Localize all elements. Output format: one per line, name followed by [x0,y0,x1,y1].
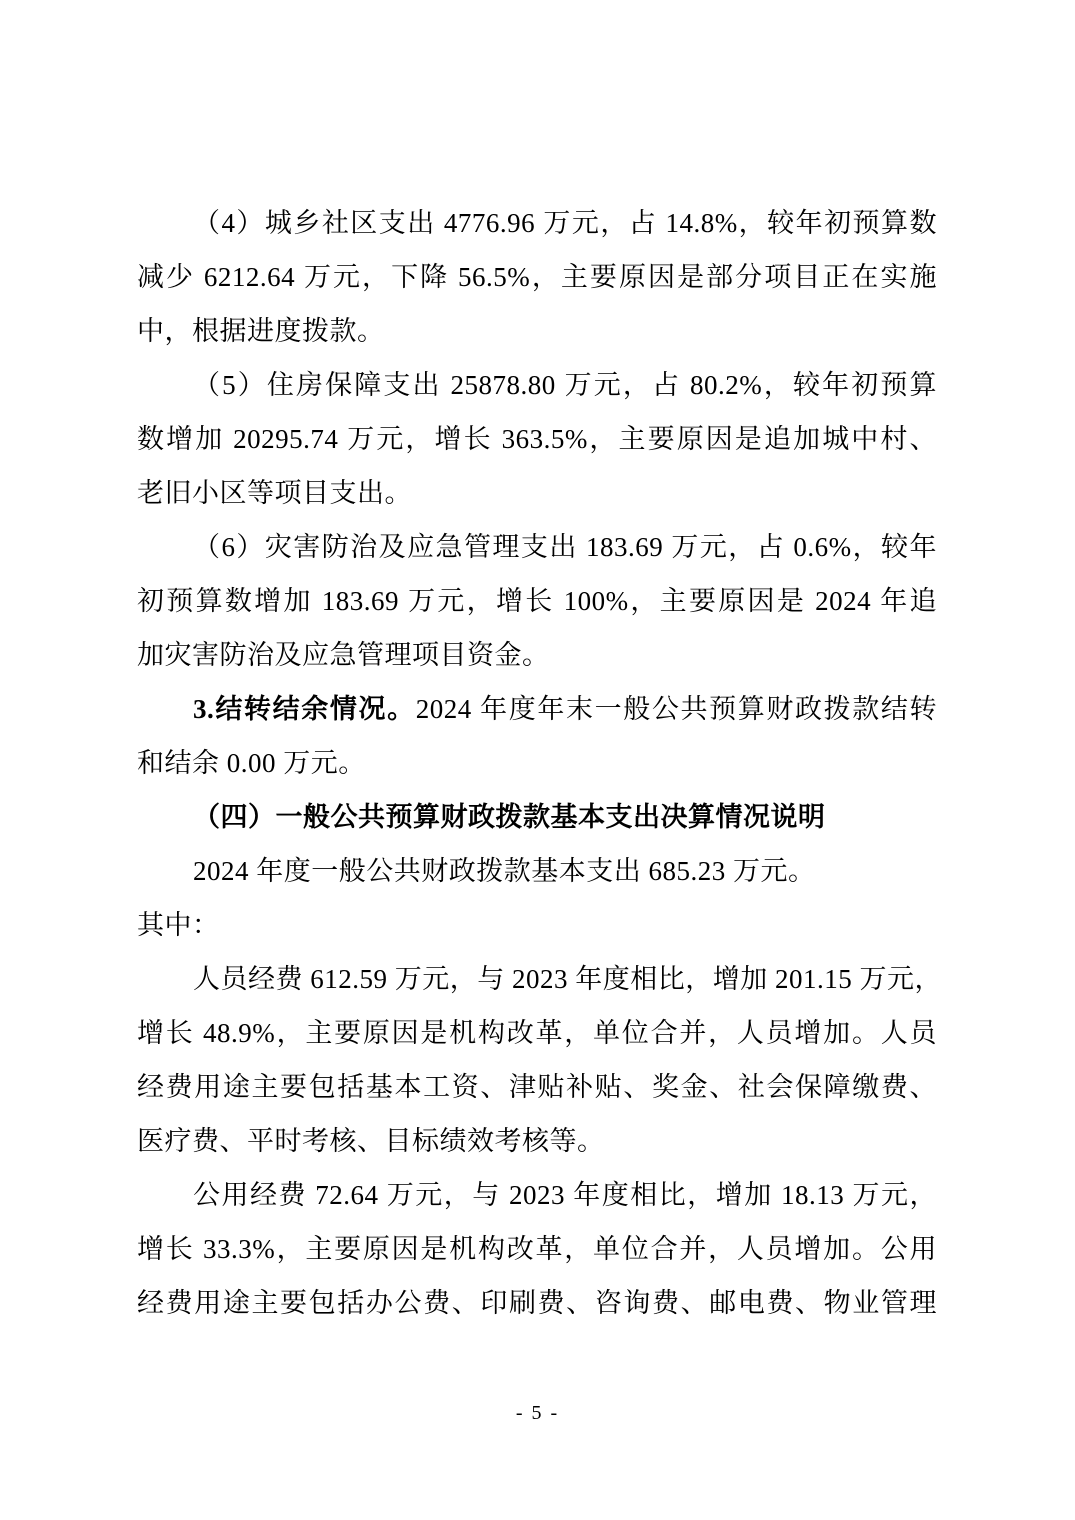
text-line: 和结余 0.00 万元。 [137,736,937,790]
text-run: （6）灾害防治及应急管理支出 183.69 万元，占 0.6%，较年 [193,532,937,562]
text-line: 中，根据进度拨款。 [137,304,937,358]
bold-text-run: （四）一般公共预算财政拨款基本支出决算情况说明 [193,802,826,832]
document-page: （4）城乡社区支出 4776.96 万元，占 14.8%，较年初预算数减少 62… [0,0,1075,1520]
text-line: （4）城乡社区支出 4776.96 万元，占 14.8%，较年初预算数 [137,196,937,250]
text-line: 减少 6212.64 万元，下降 56.5%，主要原因是部分项目正在实施 [137,250,937,304]
text-run: 2024 年度一般公共财政拨款基本支出 685.23 万元。 [193,856,816,886]
text-run: 中，根据进度拨款。 [137,316,385,346]
text-line: 老旧小区等项目支出。 [137,466,937,520]
text-line: 3.结转结余情况。2024 年度年末一般公共预算财政拨款结转 [137,682,937,736]
text-line: （5）住房保障支出 25878.80 万元，占 80.2%，较年初预算 [137,358,937,412]
text-line: 数增加 20295.74 万元，增长 363.5%，主要原因是追加城中村、 [137,412,937,466]
text-run: 经费用途主要包括办公费、印刷费、咨询费、邮电费、物业管理 [137,1288,937,1318]
text-run: 数增加 20295.74 万元，增长 363.5%，主要原因是追加城中村、 [137,424,937,454]
text-line: 其中： [137,898,937,952]
text-line: 初预算数增加 183.69 万元，增长 100%，主要原因是 2024 年追 [137,574,937,628]
text-run: 初预算数增加 183.69 万元，增长 100%，主要原因是 2024 年追 [137,586,937,616]
text-line: 医疗费、平时考核、目标绩效考核等。 [137,1114,937,1168]
text-run: 医疗费、平时考核、目标绩效考核等。 [137,1126,605,1156]
text-line: 增长 33.3%，主要原因是机构改革，单位合并，人员增加。公用 [137,1222,937,1276]
text-line: 公用经费 72.64 万元，与 2023 年度相比，增加 18.13 万元， [137,1168,937,1222]
text-run: （5）住房保障支出 25878.80 万元，占 80.2%，较年初预算 [193,370,937,400]
text-line: 人员经费 612.59 万元，与 2023 年度相比，增加 201.15 万元， [137,952,937,1006]
text-line: 增长 48.9%，主要原因是机构改革，单位合并，人员增加。人员 [137,1006,937,1060]
text-line: 2024 年度一般公共财政拨款基本支出 685.23 万元。 [137,844,937,898]
text-run: （4）城乡社区支出 4776.96 万元，占 14.8%，较年初预算数 [193,208,937,238]
text-line: 经费用途主要包括办公费、印刷费、咨询费、邮电费、物业管理 [137,1276,937,1330]
bold-text-run: 3.结转结余情况。 [193,694,416,724]
page-number: - 5 - [516,1402,559,1424]
text-run: 人员经费 612.59 万元，与 2023 年度相比，增加 201.15 万元， [193,964,942,994]
text-run: 2024 年度年末一般公共预算财政拨款结转 [416,694,937,724]
text-line: （四）一般公共预算财政拨款基本支出决算情况说明 [137,790,937,844]
text-run: 和结余 0.00 万元。 [137,748,366,778]
text-run: 经费用途主要包括基本工资、津贴补贴、奖金、社会保障缴费、 [137,1072,937,1102]
text-run: 加灾害防治及应急管理项目资金。 [137,640,550,670]
text-run: 增长 48.9%，主要原因是机构改革，单位合并，人员增加。人员 [137,1018,937,1048]
text-line: （6）灾害防治及应急管理支出 183.69 万元，占 0.6%，较年 [137,520,937,574]
text-run: 增长 33.3%，主要原因是机构改革，单位合并，人员增加。公用 [137,1234,937,1264]
text-line: 经费用途主要包括基本工资、津贴补贴、奖金、社会保障缴费、 [137,1060,937,1114]
text-run: 公用经费 72.64 万元，与 2023 年度相比，增加 18.13 万元， [193,1180,937,1210]
page-footer: - 5 - [0,1398,1075,1428]
document-body: （4）城乡社区支出 4776.96 万元，占 14.8%，较年初预算数减少 62… [137,196,937,1330]
text-line: 加灾害防治及应急管理项目资金。 [137,628,937,682]
text-run: 减少 6212.64 万元，下降 56.5%，主要原因是部分项目正在实施 [137,262,937,292]
text-run: 老旧小区等项目支出。 [137,478,412,508]
text-run: 其中： [137,910,220,940]
